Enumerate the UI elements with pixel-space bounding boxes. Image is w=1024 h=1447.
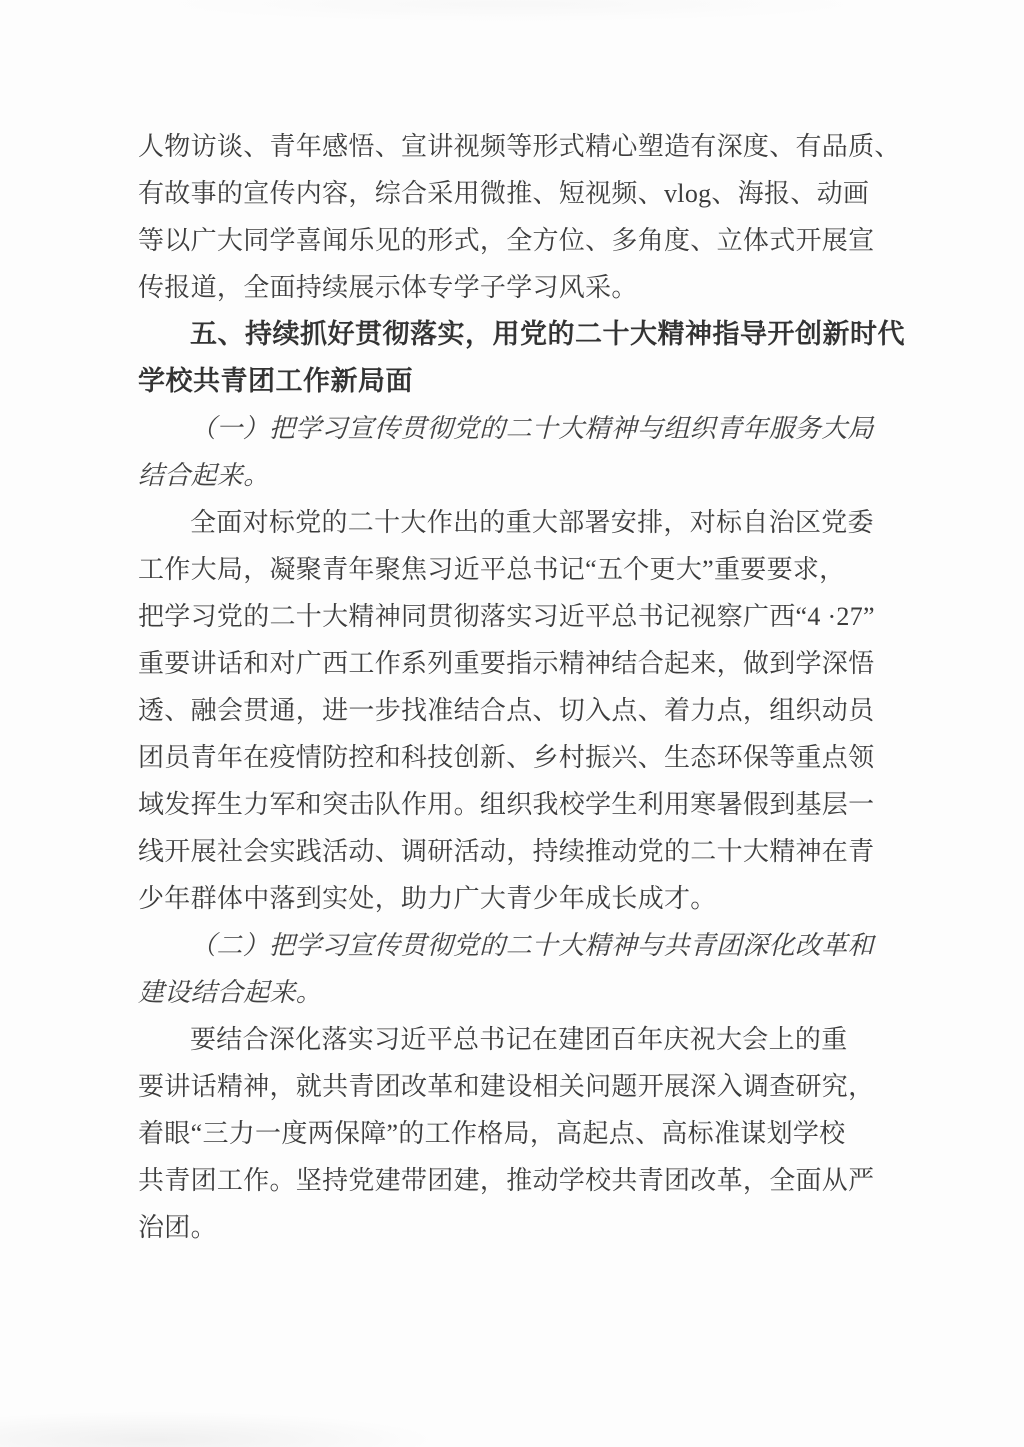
text-line: 把学习党的二十大精神同贯彻落实习近平总书记视察广西“4 ·27” bbox=[138, 593, 913, 640]
subheading-line: （二）把学习宣传贯彻党的二十大精神与共青团深化改革和 bbox=[138, 922, 913, 969]
section-heading: 五、持续抓好贯彻落实，用党的二十大精神指导开创新时代 学校共青团工作新局面 bbox=[138, 311, 913, 405]
text-line: 域发挥生力军和突击队作用。组织我校学生利用寒暑假到基层一 bbox=[138, 781, 913, 828]
text-line: 重要讲话和对广西工作系列重要指示精神结合起来，做到学深悟 bbox=[138, 640, 913, 687]
text-line: 全面对标党的二十大作出的重大部署安排，对标自治区党委 bbox=[138, 499, 913, 546]
text-line: 团员青年在疫情防控和科技创新、乡村振兴、生态环保等重点领 bbox=[138, 734, 913, 781]
text-line: 少年群体中落到实处，助力广大青少年成长成才。 bbox=[138, 875, 913, 922]
text-line: 传报道，全面持续展示体专学子学习风采。 bbox=[138, 264, 913, 311]
text-line: 等以广大同学喜闻乐见的形式，全方位、多角度、立体式开展宣 bbox=[138, 217, 913, 264]
document-page: 人物访谈、青年感悟、宣讲视频等形式精心塑造有深度、有品质、 有故事的宣传内容，综… bbox=[0, 0, 1024, 1447]
text-line: 透、融会贯通，进一步找准结合点、切入点、着力点，组织动员 bbox=[138, 687, 913, 734]
subheading-line: （一）把学习宣传贯彻党的二十大精神与组织青年服务大局 bbox=[138, 405, 913, 452]
text-line: 线开展社会实践活动、调研活动，持续推动党的二十大精神在青 bbox=[138, 828, 913, 875]
body-paragraph-2: 要结合深化落实习近平总书记在建团百年庆祝大会上的重 要讲话精神，就共青团改革和建… bbox=[138, 1016, 913, 1251]
text-line: 要结合深化落实习近平总书记在建团百年庆祝大会上的重 bbox=[138, 1016, 913, 1063]
heading-line: 五、持续抓好贯彻落实，用党的二十大精神指导开创新时代 bbox=[138, 311, 913, 358]
text-line: 着眼“三力一度两保障”的工作格局，高起点、高标准谋划学校 bbox=[138, 1110, 913, 1157]
subheading-line: 建设结合起来。 bbox=[138, 969, 913, 1016]
subsection-heading-1: （一）把学习宣传贯彻党的二十大精神与组织青年服务大局 结合起来。 bbox=[138, 405, 913, 499]
text-line: 人物访谈、青年感悟、宣讲视频等形式精心塑造有深度、有品质、 bbox=[138, 123, 913, 170]
text-line: 有故事的宣传内容，综合采用微推、短视频、vlog、海报、动画 bbox=[138, 170, 913, 217]
subheading-line: 结合起来。 bbox=[138, 452, 913, 499]
heading-line: 学校共青团工作新局面 bbox=[138, 358, 913, 405]
text-line: 工作大局，凝聚青年聚焦习近平总书记“五个更大”重要要求， bbox=[138, 546, 913, 593]
intro-paragraph: 人物访谈、青年感悟、宣讲视频等形式精心塑造有深度、有品质、 有故事的宣传内容，综… bbox=[138, 123, 913, 311]
body-paragraph-1: 全面对标党的二十大作出的重大部署安排，对标自治区党委 工作大局，凝聚青年聚焦习近… bbox=[138, 499, 913, 922]
subsection-heading-2: （二）把学习宣传贯彻党的二十大精神与共青团深化改革和 建设结合起来。 bbox=[138, 922, 913, 1016]
text-line: 要讲话精神，就共青团改革和建设相关问题开展深入调查研究， bbox=[138, 1063, 913, 1110]
document-text-block: 人物访谈、青年感悟、宣讲视频等形式精心塑造有深度、有品质、 有故事的宣传内容，综… bbox=[138, 123, 913, 1251]
text-line: 治团。 bbox=[138, 1204, 913, 1251]
text-line: 共青团工作。坚持党建带团建，推动学校共青团改革，全面从严 bbox=[138, 1157, 913, 1204]
